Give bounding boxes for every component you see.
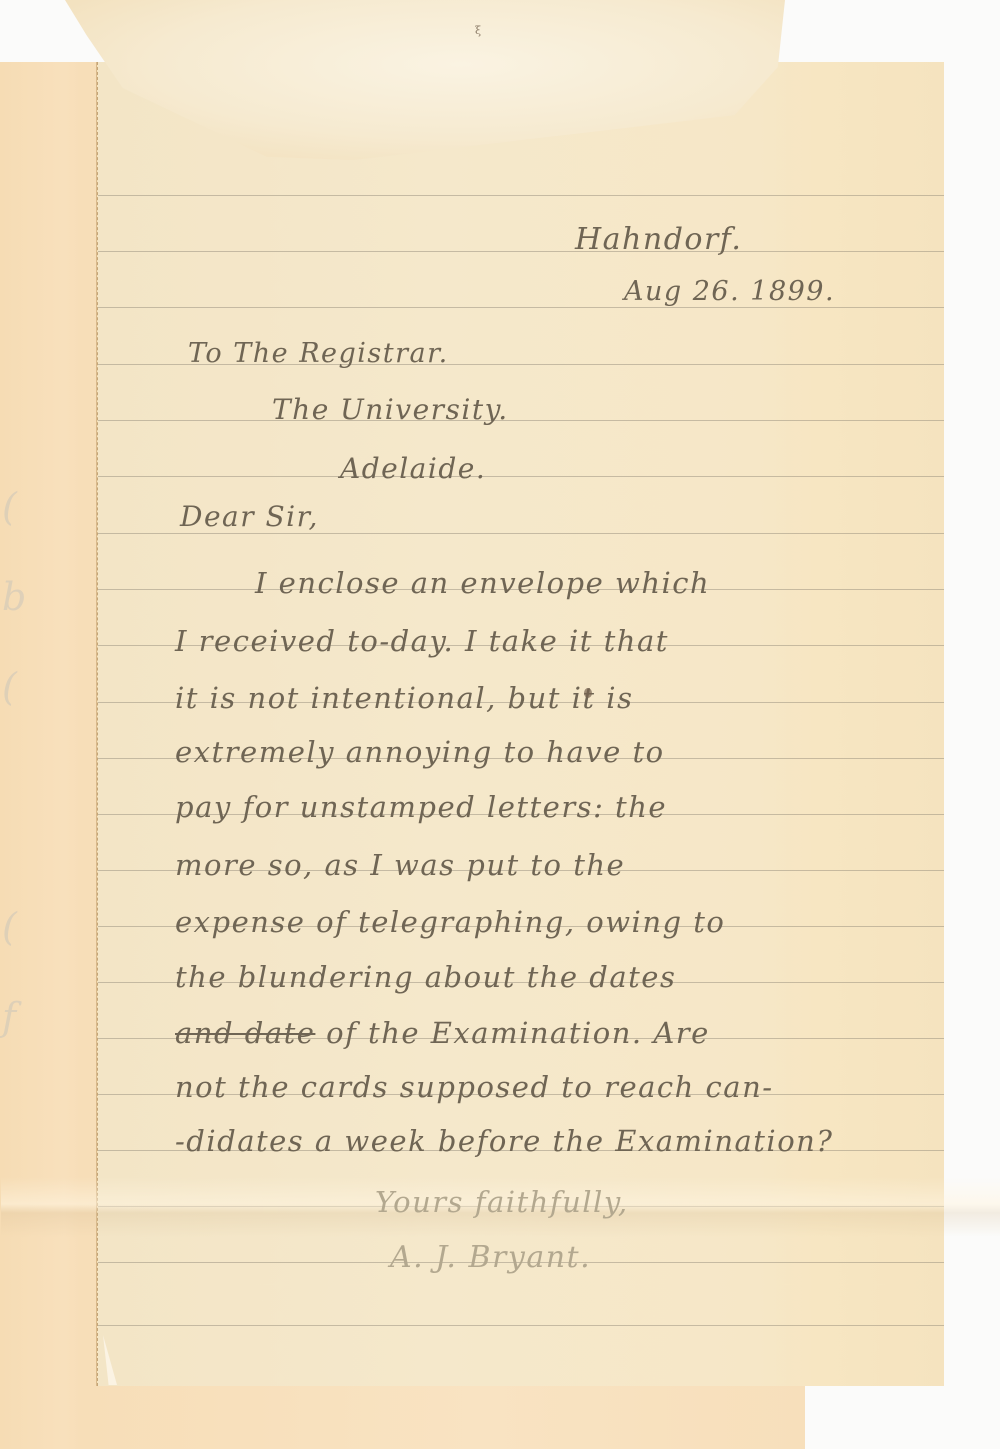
ruled-line	[98, 307, 944, 308]
body-line: it is not intentional, but it is	[175, 681, 633, 715]
body-line-text: of the Examination. Are	[326, 1016, 710, 1050]
address-line-2: The University.	[272, 393, 509, 426]
flap-mark: ξ	[475, 24, 481, 37]
ink-spot	[584, 688, 592, 698]
closing: Yours faithfully,	[375, 1185, 629, 1219]
bleed-through-writing: ( f	[2, 882, 62, 1062]
salutation: Dear Sir,	[180, 500, 319, 533]
address-line-3: Adelaide.	[340, 452, 486, 485]
body-line: I received to-day. I take it that	[175, 624, 669, 658]
ruled-line	[98, 195, 944, 196]
body-line: -didates a week before the Examination?	[175, 1124, 833, 1158]
body-line: more so, as I was put to the	[175, 848, 625, 882]
struck-text: and date	[175, 1016, 315, 1050]
ruled-line	[98, 251, 944, 252]
address-line-1: To The Registrar.	[188, 338, 449, 369]
ruled-line	[98, 420, 944, 421]
body-line: and date of the Examination. Are	[175, 1016, 710, 1050]
ruled-line	[98, 476, 944, 477]
body-line: pay for unstamped letters: the	[175, 790, 667, 824]
letter-date: Aug 26. 1899.	[624, 276, 835, 307]
signature: A. J. Bryant.	[390, 1240, 591, 1275]
letter-place: Hahndorf.	[575, 222, 742, 257]
ruled-line	[98, 533, 944, 534]
body-line: extremely annoying to have to	[175, 735, 665, 769]
body-line: expense of telegraphing, owing to	[175, 905, 725, 939]
body-line: I enclose an envelope which	[255, 566, 710, 600]
bleed-through-writing: ( b (	[2, 462, 62, 732]
ruled-line	[98, 1325, 944, 1326]
body-line: not the cards supposed to reach can-	[175, 1070, 774, 1104]
body-line: the blundering about the dates	[175, 960, 676, 994]
